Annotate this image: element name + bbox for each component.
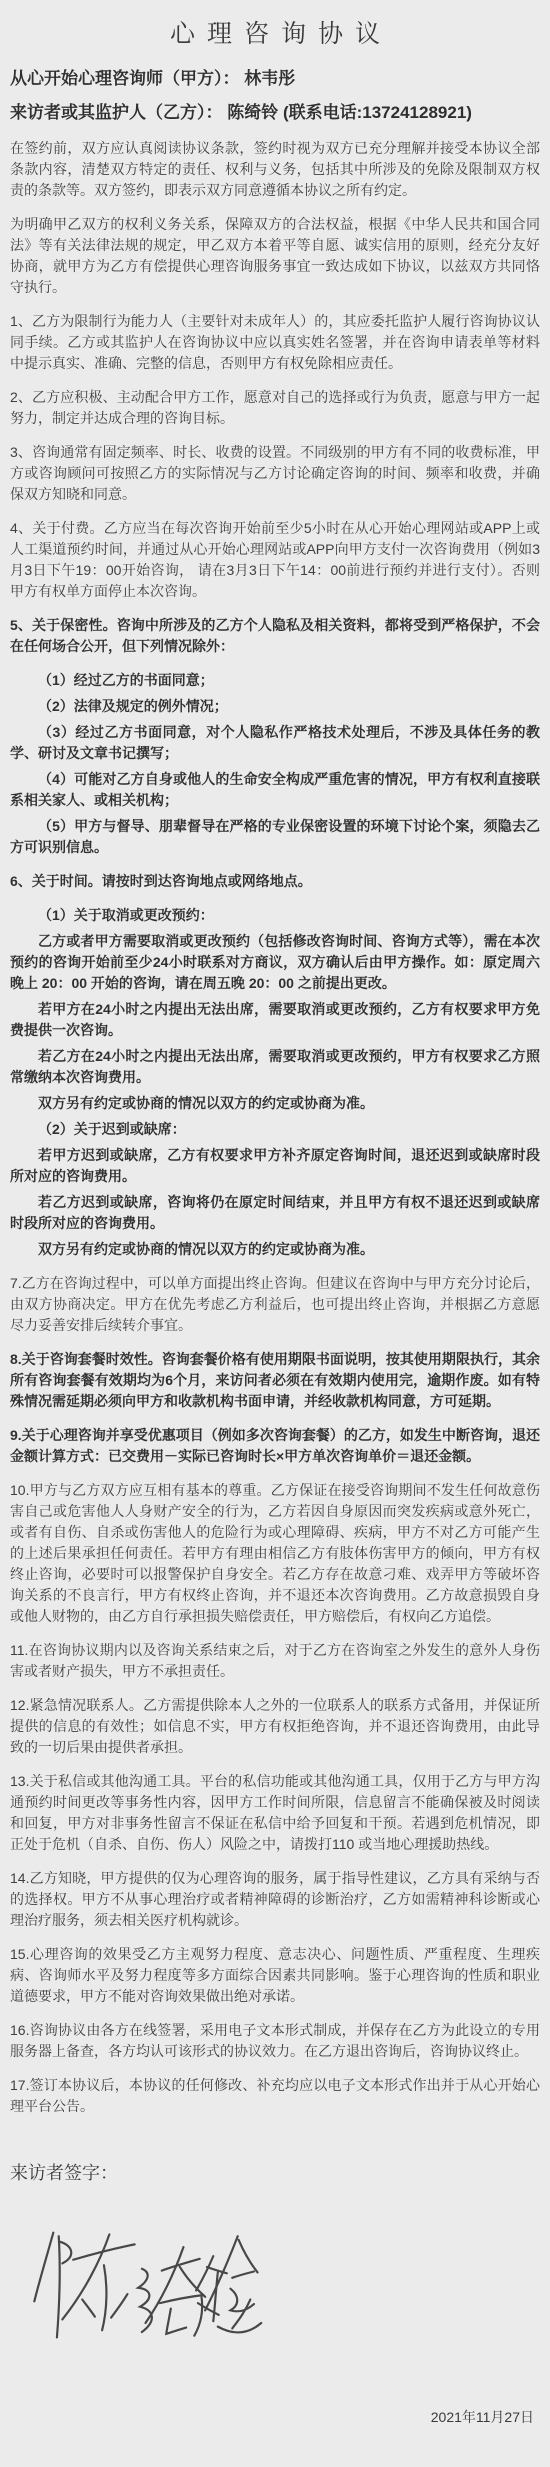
clause-paragraph: （2）关于迟到或缺席： xyxy=(10,1119,540,1140)
clause-paragraph: 若乙方在24小时之内提出无法出席，需要取消或更改预约，甲方有权要求乙方照常缴纳本… xyxy=(10,1046,540,1088)
page-title: 心理咨询协议 xyxy=(10,14,540,50)
clause-paragraph: 12.紧急情况联系人。乙方需提供除本人之外的一位联系人的联系方式备用，并保证所提… xyxy=(10,1695,540,1758)
clause-paragraph: （2）法律及规定的例外情况； xyxy=(10,696,540,717)
clause-paragraph: 3、咨询通常有固定频率、时长、收费的设置。不同级别的甲方有不同的收费标准，甲方或… xyxy=(10,442,540,505)
clause-paragraph: 5、关于保密性。咨询中所涉及的乙方个人隐私及相关资料，都将受到严格保护，不会在任… xyxy=(10,615,540,657)
party-b-line: 来访者或其监护人（乙方）： 陈绮铃 (联系电话:13724128921) xyxy=(10,102,540,125)
clause-paragraph: 在签约前，双方应认真阅读协议条款，签约时视为双方已充分理解并接受本协议全部条款内… xyxy=(10,138,540,201)
clause-paragraph: 10.甲方与乙方双方应互相有基本的尊重。乙方保证在接受咨询期间不发生任何故意伤害… xyxy=(10,1480,540,1627)
clause-paragraph: （1）经过乙方的书面同意； xyxy=(10,670,540,691)
clause-paragraph: 13.关于私信或其他沟通工具。平台的私信功能或其他沟通工具，仅用于乙方与甲方沟通… xyxy=(10,1771,540,1855)
party-a-line: 从心开始心理咨询师（甲方）： 林韦彤 xyxy=(10,68,540,91)
handwritten-signature xyxy=(28,2213,540,2373)
clause-paragraph: 15.心理咨询的效果受乙方主观努力程度、意志决心、问题性质、严重程度、生理疾病、… xyxy=(10,1944,540,2007)
clause-paragraph: （5）甲方与督导、朋辈督导在严格的专业保密设置的环境下讨论个案，须隐去乙方可识别… xyxy=(10,816,540,858)
clause-paragraph: 8.关于咨询套餐时效性。咨询套餐价格有使用期限书面说明，按其使用期限执行，其余所… xyxy=(10,1349,540,1412)
clause-paragraph: 17.签订本协议后，本协议的任何修改、补充均应以电子文本形式作出并于从心开始心理… xyxy=(10,2075,540,2117)
clause-paragraph: （1）关于取消或更改预约： xyxy=(10,905,540,926)
clause-paragraph: 双方另有约定或协商的情况以双方的约定或协商为准。 xyxy=(10,1239,540,1260)
signature-label: 来访者签字： xyxy=(10,2159,540,2185)
clause-paragraph: 11.在咨询协议期内以及咨询关系结束之后，对于乙方在咨询室之外发生的意外人身伤害… xyxy=(10,1640,540,1682)
clause-paragraph: 14.乙方知晓，甲方提供的仅为心理咨询的服务，属于指导性建议，乙方具有采纳与否的… xyxy=(10,1868,540,1931)
clause-paragraph: 7.乙方在咨询过程中，可以单方面提出终止咨询。但建议在咨询中与甲方充分讨论后，由… xyxy=(10,1273,540,1336)
signature-date: 2021年11月27日 xyxy=(10,2407,540,2427)
clause-paragraph: 9.关于心理咨询并享受优惠项目（例如多次咨询套餐）的乙方，如发生中断咨询，退还金… xyxy=(10,1425,540,1467)
clause-paragraph: 为明确甲乙双方的权利义务关系，保障双方的合法权益，根据《中华人民共和国合同法》等… xyxy=(10,214,540,298)
clause-paragraph: 双方另有约定或协商的情况以双方的约定或协商为准。 xyxy=(10,1093,540,1114)
clause-paragraph: 6、关于时间。请按时到达咨询地点或网络地点。 xyxy=(10,871,540,892)
clause-paragraph: 16.咨询协议由各方在线签署，采用电子文本形式制成，并保存在乙方为此设立的专用服… xyxy=(10,2020,540,2062)
clause-paragraph: 乙方或者甲方需要取消或更改预约（包括修改咨询时间、咨询方式等），需在本次预约的咨… xyxy=(10,931,540,994)
clause-paragraph: 若甲方在24小时之内提出无法出席，需要取消或更改预约，乙方有权要求甲方免费提供一… xyxy=(10,999,540,1041)
clause-paragraph: 1、乙方为限制行为能力人（主要针对未成年人）的，其应委托监护人履行咨询协议认同手… xyxy=(10,311,540,374)
clause-paragraph: 若乙方迟到或缺席，咨询将仍在原定时间结束，并且甲方有权不退还迟到或缺席时段所对应… xyxy=(10,1192,540,1234)
clause-paragraph: （4）可能对乙方自身或他人的生命安全构成严重危害的情况，甲方有权利直接联系相关家… xyxy=(10,769,540,811)
clause-paragraph: 若甲方迟到或缺席，乙方有权要求甲方补齐原定咨询时间，退还迟到或缺席时段所对应的咨… xyxy=(10,1145,540,1187)
clause-paragraph: 2、乙方应积极、主动配合甲方工作，愿意对自己的选择或行为负责，愿意与甲方一起努力… xyxy=(10,387,540,429)
document-body: 在签约前，双方应认真阅读协议条款，签约时视为双方已充分理解并接受本协议全部条款内… xyxy=(10,138,540,2117)
clause-paragraph: （3）经过乙方书面同意，对个人隐私作严格技术处理后，不涉及具体任务的教学、研讨及… xyxy=(10,722,540,764)
clause-paragraph: 4、关于付费。乙方应当在每次咨询开始前至少5小时在从心开始心理网站或APP上或人… xyxy=(10,518,540,602)
